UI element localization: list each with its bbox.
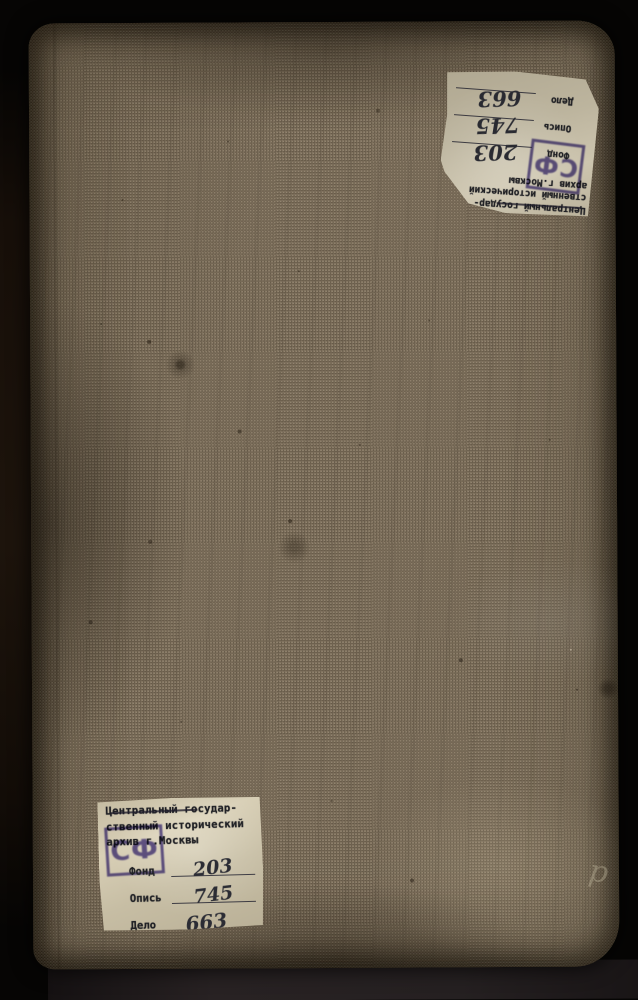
field-underline: 745 <box>172 893 256 903</box>
fond-value: 203 <box>473 142 517 164</box>
field-underline: 203 <box>171 866 255 876</box>
field-underline: 745 <box>453 115 533 129</box>
delo-label: Дело <box>535 94 574 108</box>
book-cover: Центральный государ- ственный историческ… <box>29 20 620 969</box>
label-fields: Фонд 203 Опись 745 Дело 663 <box>129 862 257 931</box>
delo-value: 663 <box>477 88 521 110</box>
fond-label: Фонд <box>129 865 171 878</box>
fond-row: Фонд 203 <box>129 862 255 877</box>
archive-label-bottom: Центральный государ- ственный историческ… <box>97 796 264 932</box>
label-fields: Фонд 203 Опись 745 Дело 663 <box>451 88 573 161</box>
opis-value: 745 <box>193 883 235 906</box>
fond-row: Фонд 203 <box>451 142 569 162</box>
opis-row: Опись 745 <box>453 115 571 135</box>
archive-photo: Центральный государ- ственный историческ… <box>0 0 638 1000</box>
fond-value: 203 <box>192 856 234 879</box>
fabric-specks <box>29 24 31 26</box>
opis-label: Опись <box>533 120 572 134</box>
opis-value: 745 <box>475 115 519 137</box>
opis-label: Опись <box>130 892 172 905</box>
field-underline: 663 <box>455 88 535 102</box>
opis-row: Опись 745 <box>130 889 256 904</box>
field-underline: 203 <box>451 142 531 156</box>
delo-row: Дело 663 <box>455 88 573 108</box>
delo-label: Дело <box>130 918 172 931</box>
